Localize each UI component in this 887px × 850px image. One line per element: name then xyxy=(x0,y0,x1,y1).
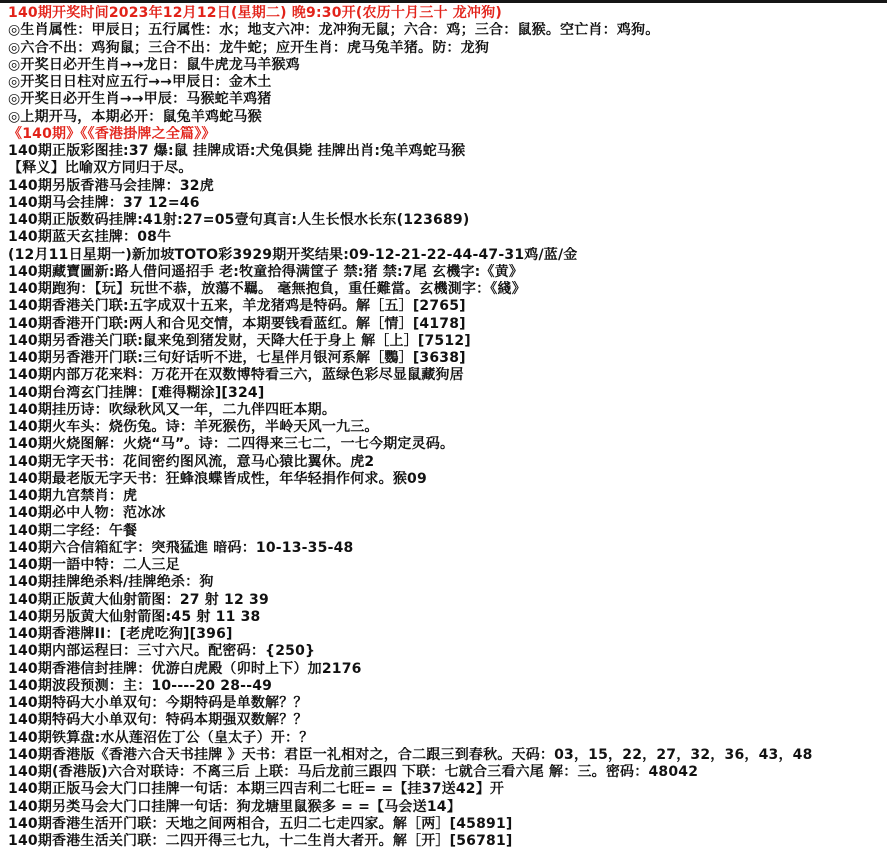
lottery-tips-document: 140期开奖时间2023年12月12日(星期二) 晚9:30开(农历十月三十 龙… xyxy=(0,0,887,850)
text-line: 140期波段预测：主：10----20 28--49 xyxy=(8,678,883,695)
text-line: 140期最老版无字天书：狂蜂浪蝶皆成性，年华轻捐作何求。猴09 xyxy=(8,471,883,488)
text-line: ◎生肖属性：甲辰日；五行属性：水；地支六冲：龙冲狗无鼠；六合：鸡；三合：鼠猴。空… xyxy=(8,22,883,39)
text-line: 【释义】比喻双方同归于尽。 xyxy=(8,160,883,177)
text-line: 140期香港信封挂牌：优游白虎殿（卯时上下）加2176 xyxy=(8,661,883,678)
text-line: 140期另香港关门联:鼠来兔到猪发财，天降大任于身上 解［上］[7512] xyxy=(8,333,883,350)
text-line: 140期火车头：烧伤兔。诗：羊死猴伤，半岭天风一九三。 xyxy=(8,419,883,436)
text-line: 140期挂牌绝杀料/挂牌绝杀：狗 xyxy=(8,574,883,591)
text-line: 140期藏寶圖新:路人借问遥招手 老:牧童拾得满筐子 禁:猪 禁:7尾 玄機字:… xyxy=(8,264,883,281)
text-line: ◎开奖日日柱对应五行→→甲辰日：金木土 xyxy=(8,74,883,91)
text-line: 140期香港生活关门联：二四开得三七九，十二生肖大者开。解［开］[56781] xyxy=(8,833,883,850)
text-line: 140期特码大小单双句：今期特码是单数解？？ xyxy=(8,695,883,712)
text-line: ◎开奖日必开生肖→→甲辰：马猴蛇羊鸡猪 xyxy=(8,91,883,108)
text-line: 140期台湾玄门挂牌：[难得糊涂][324] xyxy=(8,385,883,402)
text-line: 《140期》《《香港掛牌之全篇》》 xyxy=(8,126,883,143)
text-line: 140期香港开门联:两人和合见交情，本期要钱看蓝红。解［情］[4178] xyxy=(8,316,883,333)
text-line: 140期香港版《香港六合天书挂牌 》天书：君臣一礼相对之，合二跟三到春秋。天码：… xyxy=(8,747,883,764)
text-line: ◎上期开马，本期必开：鼠兔羊鸡蛇马猴 xyxy=(8,109,883,126)
text-line: 140期另版黄大仙射箭图:45 射 11 38 xyxy=(8,609,883,626)
text-line: 140期另香港开门联:三句好话听不进，七星伴月银河系解［鸚］[3638] xyxy=(8,350,883,367)
text-line: 140期内部万花来料：万花开在双数博特看三六，蓝绿色彩尽显鼠藏狗居 xyxy=(8,367,883,384)
text-line: 140期正版马会大门口挂牌一句话：本期三四吉利二七旺= =【挂37送42】开 xyxy=(8,781,883,798)
text-line: 140期蓝天玄挂牌：08牛 xyxy=(8,229,883,246)
text-line: 140期特码大小单双句：特码本期强双数解？？ xyxy=(8,712,883,729)
text-line: 140期开奖时间2023年12月12日(星期二) 晚9:30开(农历十月三十 龙… xyxy=(8,5,883,22)
text-line: 140期香港牌II：[老虎吃狗][396] xyxy=(8,626,883,643)
text-line: 140期另版香港马会挂牌：32虎 xyxy=(8,178,883,195)
text-line: 140期内部运程曰：三寸六尺。配密码：{250} xyxy=(8,643,883,660)
text-line: 140期马会挂牌：37 12=46 xyxy=(8,195,883,212)
document-body: 140期开奖时间2023年12月12日(星期二) 晚9:30开(农历十月三十 龙… xyxy=(0,3,887,850)
text-line: 140期正版彩图挂:37 爆:鼠 挂牌成语:犬兔俱毙 挂牌出肖:兔羊鸡蛇马猴 xyxy=(8,143,883,160)
text-line: 140期香港生活开门联：天地之间两相合，五归二七走四家。解［两］[45891] xyxy=(8,816,883,833)
text-line: 140期铁算盘:水从莲沼佐丁公（皇太子）开：？ xyxy=(8,730,883,747)
text-line: 140期正版黄大仙射箭图：27 射 12 39 xyxy=(8,592,883,609)
text-line: 140期(香港版)六合对联诗：不离三后 上联：马后龙前三跟四 下联：七就合三看六… xyxy=(8,764,883,781)
text-line: 140期必中人物：范冰冰 xyxy=(8,505,883,522)
text-line: ◎开奖日必开生肖→→龙日：鼠牛虎龙马羊猴鸡 xyxy=(8,57,883,74)
text-line: 140期二字经：午餐 xyxy=(8,523,883,540)
text-line: 140期另类马会大门口挂牌一句话：狗龙塘里鼠猴多 = =【马会送14】 xyxy=(8,799,883,816)
text-line: 140期六合信箱紅字：突飛猛進 暗码：10-13-35-48 xyxy=(8,540,883,557)
text-line: 140期九宫禁肖：虎 xyxy=(8,488,883,505)
text-line: 140期火烧图解：火烧“马”。诗：二四得来三七二，一七今期定灵码。 xyxy=(8,436,883,453)
text-line: 140期无字天书：花间密约图风流，意马心猿比翼休。虎2 xyxy=(8,454,883,471)
text-line: (12月11日星期一)新加坡TOTO彩3929期开奖结果:09-12-21-22… xyxy=(8,247,883,264)
text-line: 140期挂历诗：吹绿秋风又一年，二九伴四旺本期。 xyxy=(8,402,883,419)
text-line: 140期正版数码挂牌:41射:27=05壹句真言:人生长恨水长东(123689) xyxy=(8,212,883,229)
text-line: 140期香港关门联:五字成双十五来，羊龙猪鸡是特码。解［五］[2765] xyxy=(8,298,883,315)
text-line: 140期跑狗：【玩】玩世不恭，放蕩不羈。 毫無抱負，重任難當。玄機測字：《綫》 xyxy=(8,281,883,298)
text-line: 140期一語中特：二人三足 xyxy=(8,557,883,574)
text-line: ◎六合不出：鸡狗鼠；三合不出：龙牛蛇；应开生肖：虎马兔羊猪。防：龙狗 xyxy=(8,40,883,57)
